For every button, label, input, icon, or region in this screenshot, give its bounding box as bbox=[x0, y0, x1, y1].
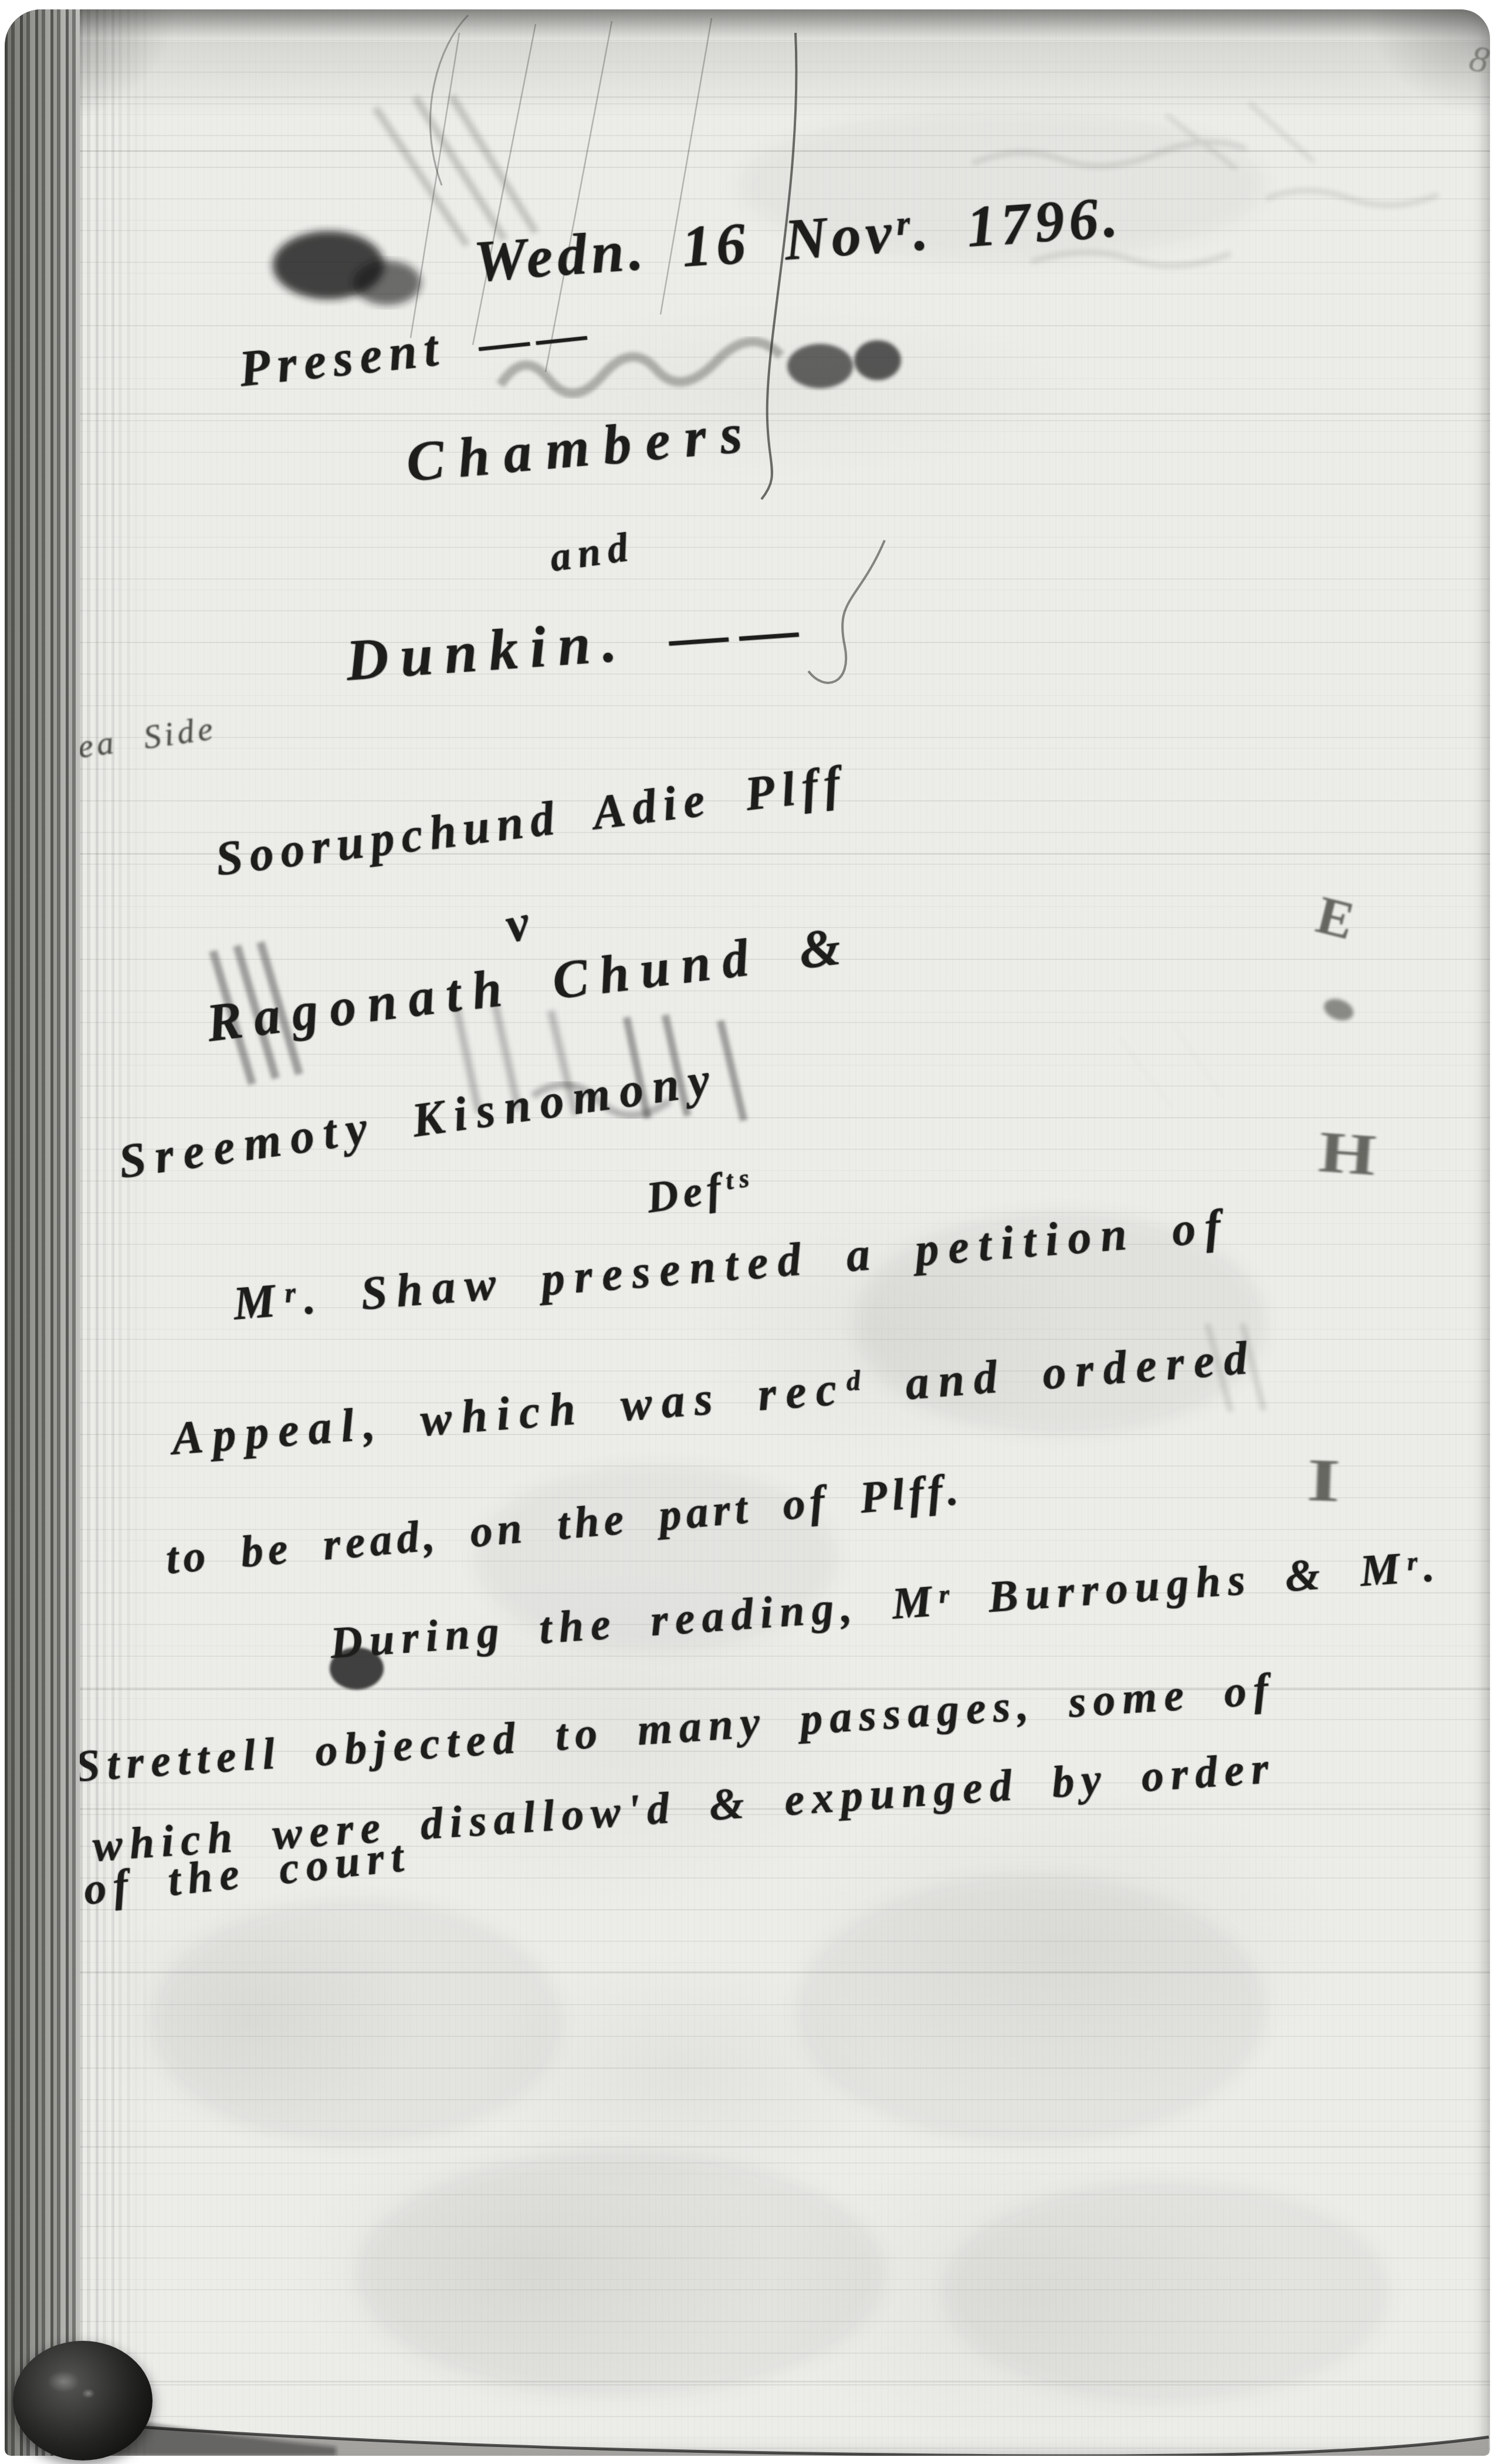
book-binding-gutter bbox=[5, 9, 80, 2456]
ink-blot bbox=[353, 260, 421, 305]
ghost-blot bbox=[854, 340, 901, 380]
ghost-blot bbox=[787, 344, 853, 388]
thread-mark bbox=[808, 540, 885, 683]
margin-mark-h: H bbox=[1316, 1118, 1378, 1189]
ghost-hatch-marks bbox=[375, 96, 536, 245]
book-weight-ball bbox=[13, 2341, 153, 2460]
manuscript-page: Wedn. 16 Novʳ. 1796. Present —— Chambers… bbox=[5, 9, 1490, 2456]
margin-mark-i: I bbox=[1306, 1445, 1342, 1516]
book-binding-gutter-fade bbox=[80, 9, 156, 2456]
bleedthrough-ghost-layer bbox=[5, 9, 1490, 2456]
manuscript-scan: Wedn. 16 Novʳ. 1796. Present —— Chambers… bbox=[0, 0, 1500, 2464]
